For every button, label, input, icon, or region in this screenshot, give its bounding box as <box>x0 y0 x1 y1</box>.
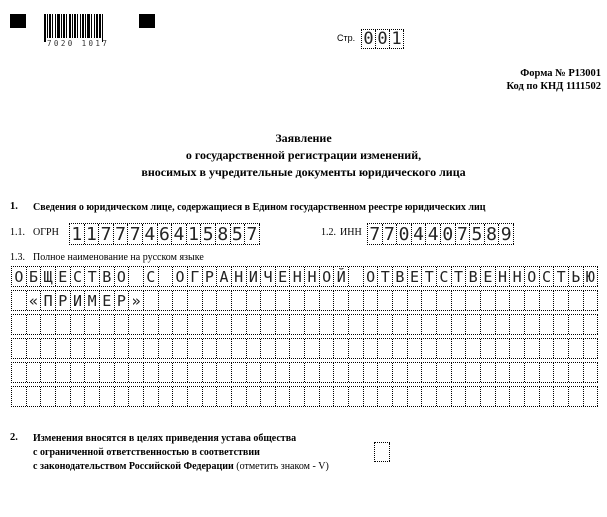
inn-label: ИНН <box>340 227 362 238</box>
char-cell <box>378 387 393 406</box>
char-cell: Е <box>481 267 496 286</box>
char-cell <box>364 339 379 358</box>
char-cell <box>364 291 379 310</box>
char-cell <box>349 363 364 382</box>
char-cell <box>452 387 467 406</box>
char-cell <box>56 315 71 334</box>
char-cell <box>159 363 174 382</box>
char-cell <box>115 339 130 358</box>
char-cell <box>232 291 247 310</box>
char-cell <box>481 315 496 334</box>
char-cell <box>408 315 423 334</box>
char-cell <box>188 387 203 406</box>
char-cell <box>510 291 525 310</box>
char-cell <box>349 267 364 286</box>
char-cell: 0 <box>397 224 412 244</box>
char-cell <box>378 315 393 334</box>
char-cell <box>173 387 188 406</box>
char-cell: Н <box>496 267 511 286</box>
char-cell <box>203 363 218 382</box>
char-cell: Т <box>452 267 467 286</box>
char-cell <box>188 315 203 334</box>
char-cell <box>261 363 276 382</box>
char-cell <box>12 387 27 406</box>
char-cell <box>41 315 56 334</box>
char-cell: 6 <box>158 224 173 244</box>
char-cell <box>422 387 437 406</box>
char-cell: О <box>320 267 335 286</box>
char-cell: О <box>364 267 379 286</box>
char-cell <box>554 387 569 406</box>
char-cell <box>408 291 423 310</box>
char-cell <box>71 363 86 382</box>
char-cell <box>437 363 452 382</box>
char-cell <box>466 363 481 382</box>
char-cell <box>540 363 555 382</box>
char-cell: 4 <box>426 224 441 244</box>
char-cell <box>525 339 540 358</box>
char-cell <box>203 315 218 334</box>
char-cell: Щ <box>41 267 56 286</box>
char-cell: Й <box>334 267 349 286</box>
page-label: Стр. <box>337 33 355 43</box>
char-cell <box>452 339 467 358</box>
char-cell <box>452 315 467 334</box>
full-name-row[interactable]: «ПРИМЕР» <box>11 290 598 311</box>
char-cell <box>173 315 188 334</box>
char-cell <box>320 315 335 334</box>
char-cell <box>481 339 496 358</box>
char-cell: Т <box>378 267 393 286</box>
char-cell <box>115 387 130 406</box>
char-cell <box>378 291 393 310</box>
char-cell <box>232 315 247 334</box>
barcode-number: 7020 1017 <box>47 39 109 48</box>
section-2-line-1: Изменения вносятся в целях приведения ус… <box>33 432 329 446</box>
char-cell: 5 <box>231 224 246 244</box>
char-cell <box>159 315 174 334</box>
char-cell <box>261 339 276 358</box>
char-cell <box>569 387 584 406</box>
title-line-2: о государственной регистрации изменений, <box>0 147 607 164</box>
char-cell <box>276 315 291 334</box>
char-cell <box>466 339 481 358</box>
char-cell <box>203 291 218 310</box>
char-cell <box>408 339 423 358</box>
char-cell <box>290 315 305 334</box>
char-cell <box>56 387 71 406</box>
char-cell: Б <box>27 267 42 286</box>
char-cell <box>554 291 569 310</box>
char-cell <box>144 387 159 406</box>
char-cell <box>364 363 379 382</box>
char-cell: 7 <box>383 224 398 244</box>
char-cell <box>12 363 27 382</box>
char-cell: 1 <box>85 224 100 244</box>
full-name-item-number: 1.3. <box>10 252 25 263</box>
char-cell <box>144 291 159 310</box>
char-cell: Е <box>276 267 291 286</box>
char-cell <box>27 339 42 358</box>
full-name-row[interactable]: ОБЩЕСТВОСОГРАНИЧЕННОЙОТВЕТСТВЕННОСТЬЮ <box>11 266 598 287</box>
char-cell: В <box>100 267 115 286</box>
char-cell <box>554 315 569 334</box>
char-cell <box>584 387 599 406</box>
char-cell <box>290 363 305 382</box>
char-cell <box>349 339 364 358</box>
char-cell <box>364 315 379 334</box>
char-cell <box>334 315 349 334</box>
char-cell <box>232 339 247 358</box>
char-cell: Е <box>100 291 115 310</box>
section-2-hint: (отметить знаком - V) <box>236 461 329 472</box>
char-cell <box>27 315 42 334</box>
char-cell <box>129 339 144 358</box>
char-cell <box>173 291 188 310</box>
char-cell <box>305 315 320 334</box>
char-cell <box>129 363 144 382</box>
char-cell <box>378 363 393 382</box>
char-cell: 8 <box>485 224 500 244</box>
char-cell <box>393 315 408 334</box>
char-cell <box>71 387 86 406</box>
char-cell: О <box>115 267 130 286</box>
char-cell <box>554 339 569 358</box>
char-cell <box>349 387 364 406</box>
char-cell <box>525 315 540 334</box>
char-cell: 1 <box>390 30 404 48</box>
char-cell: Т <box>422 267 437 286</box>
char-cell <box>320 387 335 406</box>
char-cell: О <box>173 267 188 286</box>
full-name-row[interactable] <box>11 338 598 359</box>
char-cell <box>144 315 159 334</box>
char-cell: 4 <box>412 224 427 244</box>
char-cell <box>276 363 291 382</box>
char-cell: » <box>129 291 144 310</box>
char-cell: Ч <box>261 267 276 286</box>
char-cell <box>496 339 511 358</box>
char-cell: И <box>247 267 262 286</box>
char-cell <box>540 339 555 358</box>
char-cell <box>217 315 232 334</box>
char-cell: 1 <box>187 224 202 244</box>
char-cell <box>481 387 496 406</box>
char-cell <box>203 387 218 406</box>
char-cell <box>584 363 599 382</box>
char-cell <box>496 315 511 334</box>
section-2-line-2: с ограниченной ответственностью в соотве… <box>33 446 329 460</box>
char-cell <box>496 363 511 382</box>
title-line-1: Заявление <box>0 130 607 147</box>
char-cell <box>510 315 525 334</box>
ogrn-field[interactable]: 1177746415857 <box>69 223 260 245</box>
char-cell <box>261 291 276 310</box>
char-cell: С <box>437 267 452 286</box>
char-cell: 9 <box>499 224 514 244</box>
inn-item-number: 1.2. <box>321 227 336 238</box>
char-cell <box>173 363 188 382</box>
char-cell <box>100 387 115 406</box>
char-cell <box>540 291 555 310</box>
char-cell: 7 <box>128 224 143 244</box>
char-cell <box>56 339 71 358</box>
char-cell <box>422 363 437 382</box>
char-cell: М <box>85 291 100 310</box>
registration-marker-left <box>10 14 26 28</box>
ogrn-item-number: 1.1. <box>10 227 25 238</box>
char-cell <box>159 387 174 406</box>
char-cell <box>364 387 379 406</box>
char-cell <box>129 315 144 334</box>
char-cell <box>100 315 115 334</box>
char-cell <box>452 363 467 382</box>
char-cell <box>393 363 408 382</box>
char-cell <box>437 387 452 406</box>
char-cell: 8 <box>216 224 231 244</box>
char-cell <box>56 363 71 382</box>
char-cell <box>496 387 511 406</box>
char-cell <box>349 291 364 310</box>
char-cell <box>393 387 408 406</box>
char-cell <box>159 267 174 286</box>
section-2-text: Изменения вносятся в целях приведения ус… <box>33 432 329 474</box>
char-cell <box>305 387 320 406</box>
char-cell: 0 <box>376 30 390 48</box>
char-cell: 4 <box>143 224 158 244</box>
ogrn-label: ОГРН <box>33 227 59 238</box>
char-cell <box>525 387 540 406</box>
char-cell <box>320 339 335 358</box>
char-cell: С <box>71 267 86 286</box>
char-cell: Г <box>188 267 203 286</box>
form-identifier: Форма № Р13001 Код по КНД 1111502 <box>506 67 601 93</box>
char-cell <box>554 363 569 382</box>
char-cell <box>290 291 305 310</box>
char-cell <box>349 315 364 334</box>
char-cell <box>569 363 584 382</box>
char-cell <box>12 291 27 310</box>
char-cell <box>466 315 481 334</box>
full-name-label: Полное наименование на русском языке <box>33 252 204 263</box>
inn-field[interactable]: 7704407589 <box>367 223 514 245</box>
char-cell: Т <box>554 267 569 286</box>
char-cell <box>71 315 86 334</box>
char-cell <box>27 363 42 382</box>
char-cell <box>159 339 174 358</box>
char-cell <box>569 291 584 310</box>
char-cell <box>203 339 218 358</box>
char-cell: Е <box>56 267 71 286</box>
char-cell <box>188 339 203 358</box>
char-cell: 7 <box>114 224 129 244</box>
char-cell: 5 <box>201 224 216 244</box>
char-cell: 7 <box>368 224 383 244</box>
char-cell: 7 <box>245 224 260 244</box>
char-cell: А <box>217 267 232 286</box>
char-cell: Ь <box>569 267 584 286</box>
section-2-number: 2. <box>10 432 18 443</box>
char-cell <box>217 291 232 310</box>
char-cell <box>232 387 247 406</box>
char-cell <box>334 339 349 358</box>
full-name-row[interactable] <box>11 314 598 335</box>
char-cell <box>173 339 188 358</box>
char-cell <box>305 363 320 382</box>
char-cell <box>334 363 349 382</box>
char-cell <box>334 387 349 406</box>
char-cell <box>375 443 390 461</box>
char-cell <box>12 315 27 334</box>
char-cell <box>437 291 452 310</box>
char-cell <box>247 291 262 310</box>
char-cell <box>305 291 320 310</box>
char-cell <box>408 387 423 406</box>
char-cell <box>129 267 144 286</box>
char-cell: 7 <box>456 224 471 244</box>
char-cell <box>100 363 115 382</box>
char-cell: В <box>393 267 408 286</box>
char-cell <box>27 387 42 406</box>
char-cell <box>481 291 496 310</box>
char-cell <box>217 363 232 382</box>
char-cell <box>525 363 540 382</box>
char-cell <box>422 291 437 310</box>
char-cell: С <box>144 267 159 286</box>
char-cell <box>85 339 100 358</box>
char-cell <box>393 339 408 358</box>
char-cell <box>422 339 437 358</box>
char-cell <box>115 363 130 382</box>
char-cell: Р <box>56 291 71 310</box>
full-name-row[interactable] <box>11 386 598 407</box>
char-cell: Ю <box>584 267 599 286</box>
barcode <box>44 14 120 38</box>
char-cell <box>320 363 335 382</box>
document-title: Заявление о государственной регистрации … <box>0 130 607 181</box>
char-cell: Н <box>510 267 525 286</box>
char-cell <box>144 339 159 358</box>
char-cell <box>85 387 100 406</box>
char-cell <box>437 315 452 334</box>
char-cell: Р <box>203 267 218 286</box>
char-cell: И <box>71 291 86 310</box>
page-number-field: 001 <box>361 29 404 49</box>
char-cell <box>408 363 423 382</box>
char-cell <box>85 315 100 334</box>
char-cell: О <box>525 267 540 286</box>
char-cell: « <box>27 291 42 310</box>
char-cell: О <box>12 267 27 286</box>
char-cell <box>422 315 437 334</box>
char-cell: С <box>540 267 555 286</box>
char-cell <box>85 363 100 382</box>
char-cell <box>159 291 174 310</box>
char-cell <box>276 339 291 358</box>
char-cell <box>290 339 305 358</box>
section-2-line-3: с законодательством Российской Федерации <box>33 461 234 472</box>
char-cell <box>525 291 540 310</box>
char-cell: 0 <box>441 224 456 244</box>
char-cell: 1 <box>70 224 85 244</box>
char-cell: В <box>466 267 481 286</box>
char-cell <box>510 387 525 406</box>
char-cell <box>569 315 584 334</box>
char-cell <box>247 315 262 334</box>
char-cell: Н <box>305 267 320 286</box>
char-cell: Т <box>85 267 100 286</box>
char-cell: Н <box>290 267 305 286</box>
char-cell <box>247 339 262 358</box>
char-cell: 0 <box>362 30 376 48</box>
char-cell <box>540 315 555 334</box>
char-cell <box>115 315 130 334</box>
section-1-heading: Сведения о юридическом лице, содержащиес… <box>33 202 486 213</box>
char-cell <box>129 387 144 406</box>
char-cell <box>334 291 349 310</box>
char-cell <box>584 339 599 358</box>
char-cell <box>466 291 481 310</box>
char-cell <box>290 387 305 406</box>
char-cell <box>437 339 452 358</box>
form-number: Форма № Р13001 <box>506 67 601 80</box>
char-cell: 7 <box>99 224 114 244</box>
char-cell <box>41 387 56 406</box>
knd-code: Код по КНД 1111502 <box>506 80 601 93</box>
char-cell <box>144 363 159 382</box>
char-cell <box>510 363 525 382</box>
char-cell <box>12 339 27 358</box>
char-cell <box>584 315 599 334</box>
char-cell <box>217 339 232 358</box>
registration-marker-right <box>139 14 155 28</box>
char-cell <box>305 339 320 358</box>
char-cell <box>247 387 262 406</box>
char-cell <box>41 339 56 358</box>
char-cell: Р <box>115 291 130 310</box>
char-cell <box>217 387 232 406</box>
char-cell <box>71 339 86 358</box>
char-cell <box>261 315 276 334</box>
char-cell <box>232 363 247 382</box>
char-cell <box>481 363 496 382</box>
char-cell: П <box>41 291 56 310</box>
char-cell <box>276 387 291 406</box>
char-cell: 5 <box>470 224 485 244</box>
char-cell <box>452 291 467 310</box>
char-cell <box>188 291 203 310</box>
char-cell <box>466 387 481 406</box>
char-cell <box>540 387 555 406</box>
char-cell <box>188 363 203 382</box>
char-cell: Е <box>408 267 423 286</box>
char-cell <box>320 291 335 310</box>
char-cell <box>100 339 115 358</box>
char-cell <box>510 339 525 358</box>
char-cell <box>496 291 511 310</box>
char-cell <box>584 291 599 310</box>
char-cell <box>41 363 56 382</box>
char-cell: Н <box>232 267 247 286</box>
section-1-number: 1. <box>10 201 18 212</box>
char-cell: 4 <box>172 224 187 244</box>
char-cell <box>247 363 262 382</box>
section-2-checkbox[interactable] <box>374 442 390 462</box>
char-cell <box>569 339 584 358</box>
full-name-row[interactable] <box>11 362 598 383</box>
char-cell <box>276 291 291 310</box>
char-cell <box>393 291 408 310</box>
